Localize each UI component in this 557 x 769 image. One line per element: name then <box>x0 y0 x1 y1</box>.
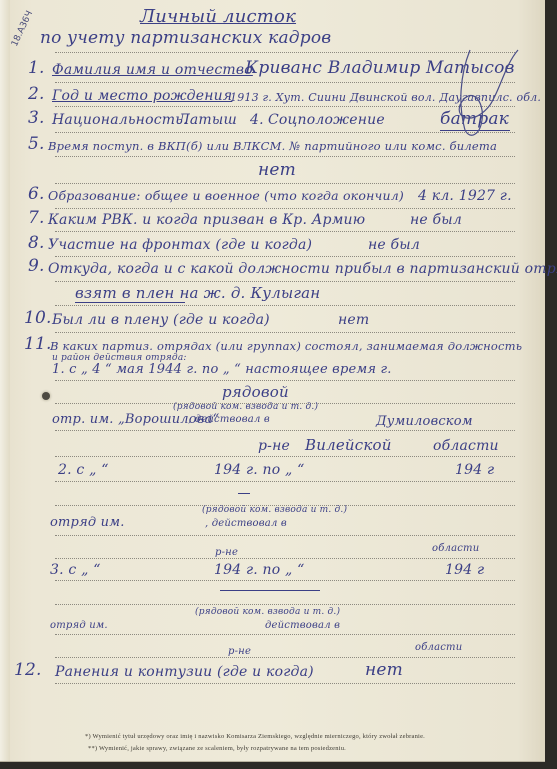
service-1-hint: (рядовой ком. взвода и т. д.) <box>173 402 318 412</box>
service-3-hint: (рядовой ком. взвода и т. д.) <box>195 607 340 617</box>
service-2-year-from: 194 г. по „ “ <box>214 462 305 478</box>
field-3-value: Латыш <box>178 112 237 128</box>
service-1-region-suffix: области <box>433 438 499 454</box>
service-2-hint: (рядовой ком. взвода и т. д.) <box>202 505 347 515</box>
field-7-value: не был <box>410 212 462 228</box>
field-10-label: Был ли в плену (где и когда) <box>52 312 270 328</box>
service-1-region: Вилейской <box>305 436 392 454</box>
service-3-year-from: 194 г. по „ “ <box>214 562 305 578</box>
rule <box>55 332 515 333</box>
field-6-label: Образование: общее и военное (что когда … <box>48 188 404 203</box>
rule <box>55 657 515 658</box>
field-11-number: 11. <box>24 334 52 354</box>
service-3-acted: действовал в <box>265 620 340 631</box>
rule <box>55 430 515 431</box>
field-7-label: Каким РВК. и когда призван в Кр. Армию <box>48 212 365 228</box>
service-3-region-prefix: р-не <box>228 646 251 657</box>
underline <box>75 302 185 303</box>
rule <box>55 156 515 157</box>
rule <box>55 305 515 306</box>
service-2-acted: , действовал в <box>205 518 287 529</box>
field-11-label: В каких партиз. отрядах (или группах) со… <box>50 339 522 353</box>
service-1-district: Думиловском <box>376 414 473 429</box>
service-3-dates: 3. с „ “ <box>50 562 101 578</box>
field-2-label: Год и место рождения <box>52 88 232 104</box>
field-10-number: 10. <box>24 308 52 328</box>
field-5-number: 5. <box>28 134 45 154</box>
signature-icon <box>430 45 520 140</box>
service-2-region-suffix: области <box>432 543 479 554</box>
field-2-number: 2. <box>28 84 45 104</box>
rule <box>55 380 515 381</box>
field-5-value: нет <box>258 160 296 180</box>
rule <box>55 183 515 184</box>
field-1-label: Фамилия имя и отчество <box>52 62 253 78</box>
rule <box>55 481 515 482</box>
field-12-label: Ранения и контузии (где и когда) <box>55 664 314 680</box>
field-9-label: Откуда, когда и с какой должности прибыл… <box>48 261 557 277</box>
rule <box>55 558 515 559</box>
rule <box>55 535 515 536</box>
field-12-value: нет <box>365 660 403 680</box>
service-1-acted: , действовал в <box>188 414 270 425</box>
field-3-label: Национальность. <box>52 112 188 128</box>
field-1-number: 1. <box>28 58 45 78</box>
rule <box>55 208 515 209</box>
field-4-number: 4. <box>250 112 264 128</box>
field-7-number: 7. <box>28 208 45 228</box>
field-8-number: 8. <box>28 233 45 253</box>
field-3-number: 3. <box>28 108 45 128</box>
field-6-number: 6. <box>28 184 45 204</box>
rule <box>55 683 515 684</box>
service-1-dates: 1. с „ 4 “ мая 1944 г. по „ “ настоящее … <box>52 362 392 377</box>
footnote-2: **) Wymienić, jakie sprawy, związane ze … <box>88 745 346 752</box>
field-6-value: 4 кл. 1927 г. <box>418 188 512 204</box>
service-1-region-prefix: р-не <box>258 438 290 454</box>
rule <box>55 456 515 457</box>
rule <box>55 604 515 605</box>
field-10-value: нет <box>338 312 369 328</box>
service-3-year-to: 194 г <box>445 562 484 578</box>
footnote-1: *) Wymienić tytuł urzędowy oraz imię i n… <box>85 733 425 740</box>
service-2-region-prefix: р-не <box>215 547 238 558</box>
document-subtitle: по учету партизанских кадров <box>40 28 331 48</box>
service-2-year-to: 194 г <box>455 462 494 478</box>
field-5-label: Время поступ. в ВКП(б) или ВЛКСМ. № парт… <box>48 139 497 153</box>
document-page: 18.А36Ч Личный листок по учету партизанс… <box>0 0 545 762</box>
rule <box>55 256 515 257</box>
field-4-label: Соцположение <box>268 112 385 128</box>
field-8-label: Участие на фронтах (где и когда) <box>48 237 312 253</box>
rule <box>55 634 515 635</box>
field-8-value: не был <box>368 237 420 253</box>
service-2-unit: отряд им. <box>50 515 125 530</box>
service-3-unit: отряд им. <box>50 620 108 631</box>
service-3-region-suffix: области <box>415 642 462 653</box>
service-2-dates: 2. с „ “ <box>58 462 109 478</box>
dash <box>238 493 250 494</box>
rule <box>55 281 515 282</box>
archive-mark: 18.А36Ч <box>10 9 35 48</box>
separator-stroke <box>220 590 320 591</box>
field-12-number: 12. <box>14 660 42 680</box>
field-9-number: 9. <box>28 256 45 276</box>
field-9-value: взят в плен на ж. д. Кулыган <box>75 284 320 302</box>
service-1-position: рядовой <box>222 383 289 401</box>
punch-hole <box>42 392 50 400</box>
document-title: Личный листок <box>140 6 296 27</box>
rule <box>55 231 515 232</box>
rule <box>55 580 515 581</box>
